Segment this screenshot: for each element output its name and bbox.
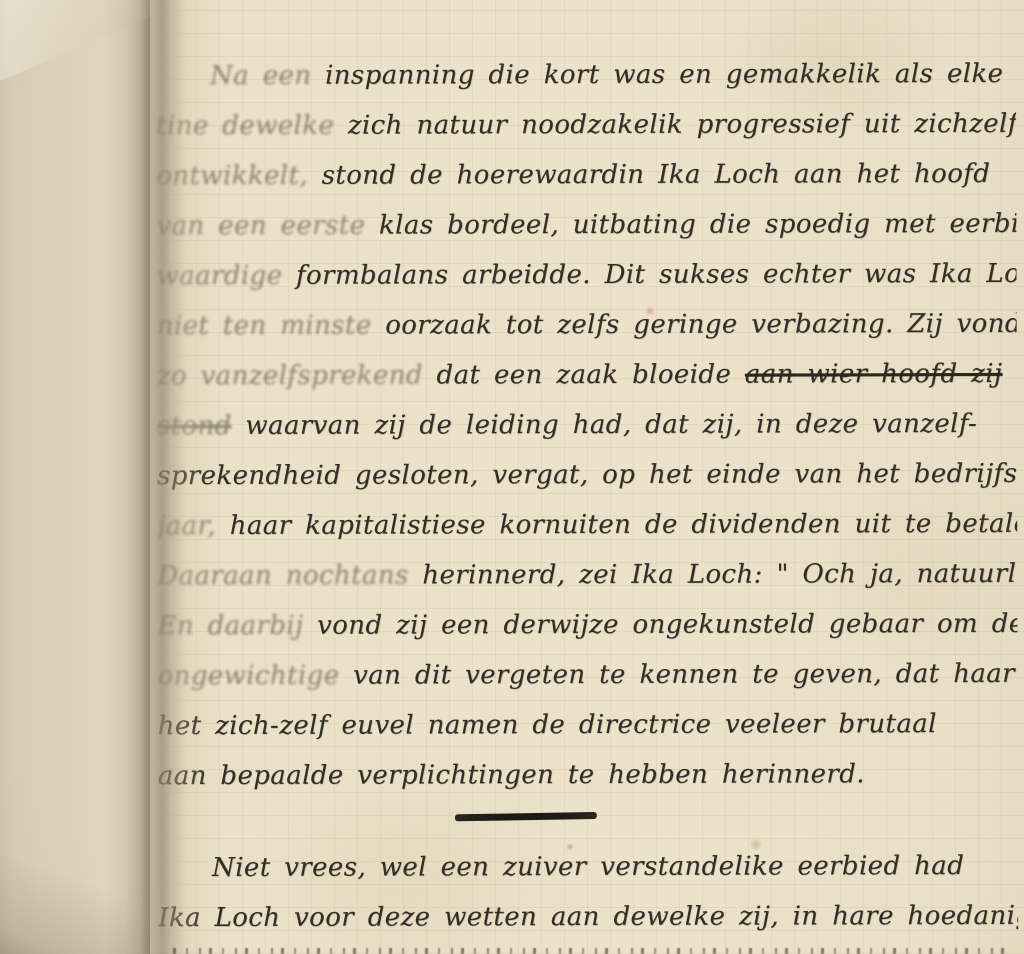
paragraph: Na een inspanning die kort was en gemakk… [156, 0, 1018, 801]
text-segment: herinnerd, zei Ika Loch: " Och ja, natuu… [409, 559, 1019, 591]
manuscript-line: En daarbij vond zij een derwijze ongekun… [157, 599, 1017, 651]
manuscript-line: ontwikkelt, stond de hoerewaardin Ika Lo… [156, 149, 1016, 201]
text-segment: ongewichtige [157, 661, 339, 691]
manuscript-line: niet ten minste oorzaak tot zelfs gering… [157, 299, 1017, 351]
text-segment: van dit vergeten te kennen te geven, dat… [339, 658, 1018, 690]
text-segment: tine dewelke [156, 111, 334, 141]
paragraph: Niet vrees, wel een zuiver verstandelike… [158, 828, 1018, 943]
text-segment: zo vanzelfsprekend [157, 360, 423, 391]
text-segment: haar kapitalistiese kornuiten de dividen… [216, 509, 1018, 541]
text-segment: En daarbij [157, 611, 303, 641]
manuscript-line: jaar, haar kapitalistiese kornuiten de d… [157, 499, 1017, 551]
manuscript-line: ongewichtige van dit vergeten te kennen … [157, 649, 1017, 701]
text-segment: ontwikkelt, [156, 161, 308, 191]
manuscript-line: het zich-zelf euvel namen de directrice … [158, 699, 1018, 751]
text-segment: klas bordeel, uitbating die spoedig met … [365, 209, 1018, 241]
manuscript-text: Na een inspanning die kort was en gemakk… [156, 0, 1018, 954]
text-segment: waarvan zij de leiding had, dat zij, in … [232, 409, 977, 441]
manuscript-line: stond waarvan zij de leiding had, dat zi… [157, 399, 1017, 451]
manuscript-line: tine dewelke zich natuur noodzakelik pro… [156, 99, 1016, 151]
manuscript-line: sprekendheid gesloten, vergat, op het ei… [157, 449, 1017, 501]
text-segment: het zich-zelf euvel namen de directrice … [158, 709, 937, 741]
text-segment: jaar, [157, 511, 216, 541]
text-segment: oorzaak tot zelfs geringe verbazing. Zij… [371, 309, 1018, 341]
text-segment: niet ten minste [157, 311, 372, 342]
text-segment: dat een zaak bloeide [423, 360, 745, 391]
text-segment: Daaraan nochtans [157, 560, 409, 591]
text-segment: van een eerste [156, 211, 365, 242]
text-segment: zich natuur noodzakelik progressief uit … [334, 109, 1018, 141]
text-segment: stond de hoerewaardin Ika Loch aan het h… [308, 159, 990, 191]
manuscript-line: aan bepaalde verplichtingen te hebben he… [158, 749, 1018, 801]
text-segment: Na een [210, 61, 312, 91]
text-segment: vond zij een derwijze ongekunsteld gebaa… [303, 609, 1018, 641]
page-curl-bottom-left [0, 834, 150, 954]
manuscript-line: zo vanzelfsprekend dat een zaak bloeide … [157, 349, 1017, 401]
clipped-next-line [165, 948, 1010, 954]
text-segment: waardige [156, 261, 282, 291]
manuscript-line: waardige formbalans arbeidde. Dit sukses… [156, 249, 1016, 301]
manuscript-line: Daaraan nochtans herinnerd, zei Ika Loch… [157, 549, 1017, 601]
text-segment: inspanning die kort was en gemakkelik al… [311, 59, 1018, 91]
manuscript-line: Niet vrees, wel een zuiver verstandelike… [158, 841, 1018, 893]
manuscript-line: van een eerste klas bordeel, uitbating d… [156, 199, 1016, 251]
text-segment: Niet vrees, wel een zuiver verstandelike… [212, 851, 964, 883]
struck-text: stond [157, 411, 232, 441]
struck-text: aan wier hoofd zij [745, 359, 1003, 390]
manuscript-line: Na een inspanning die kort was en gemakk… [156, 49, 1016, 101]
text-segment: sprekendheid gesloten, vergat, op het ei… [157, 459, 1018, 491]
section-divider [455, 812, 597, 821]
text-segment: Ika Loch voor deze wetten aan dewelke zi… [158, 901, 1018, 933]
manuscript-line: Ika Loch voor deze wetten aan dewelke zi… [158, 891, 1018, 943]
text-segment: formbalans arbeidde. Dit sukses echter w… [282, 259, 1018, 291]
text-segment: aan bepaalde verplichtingen te hebben he… [158, 759, 865, 791]
